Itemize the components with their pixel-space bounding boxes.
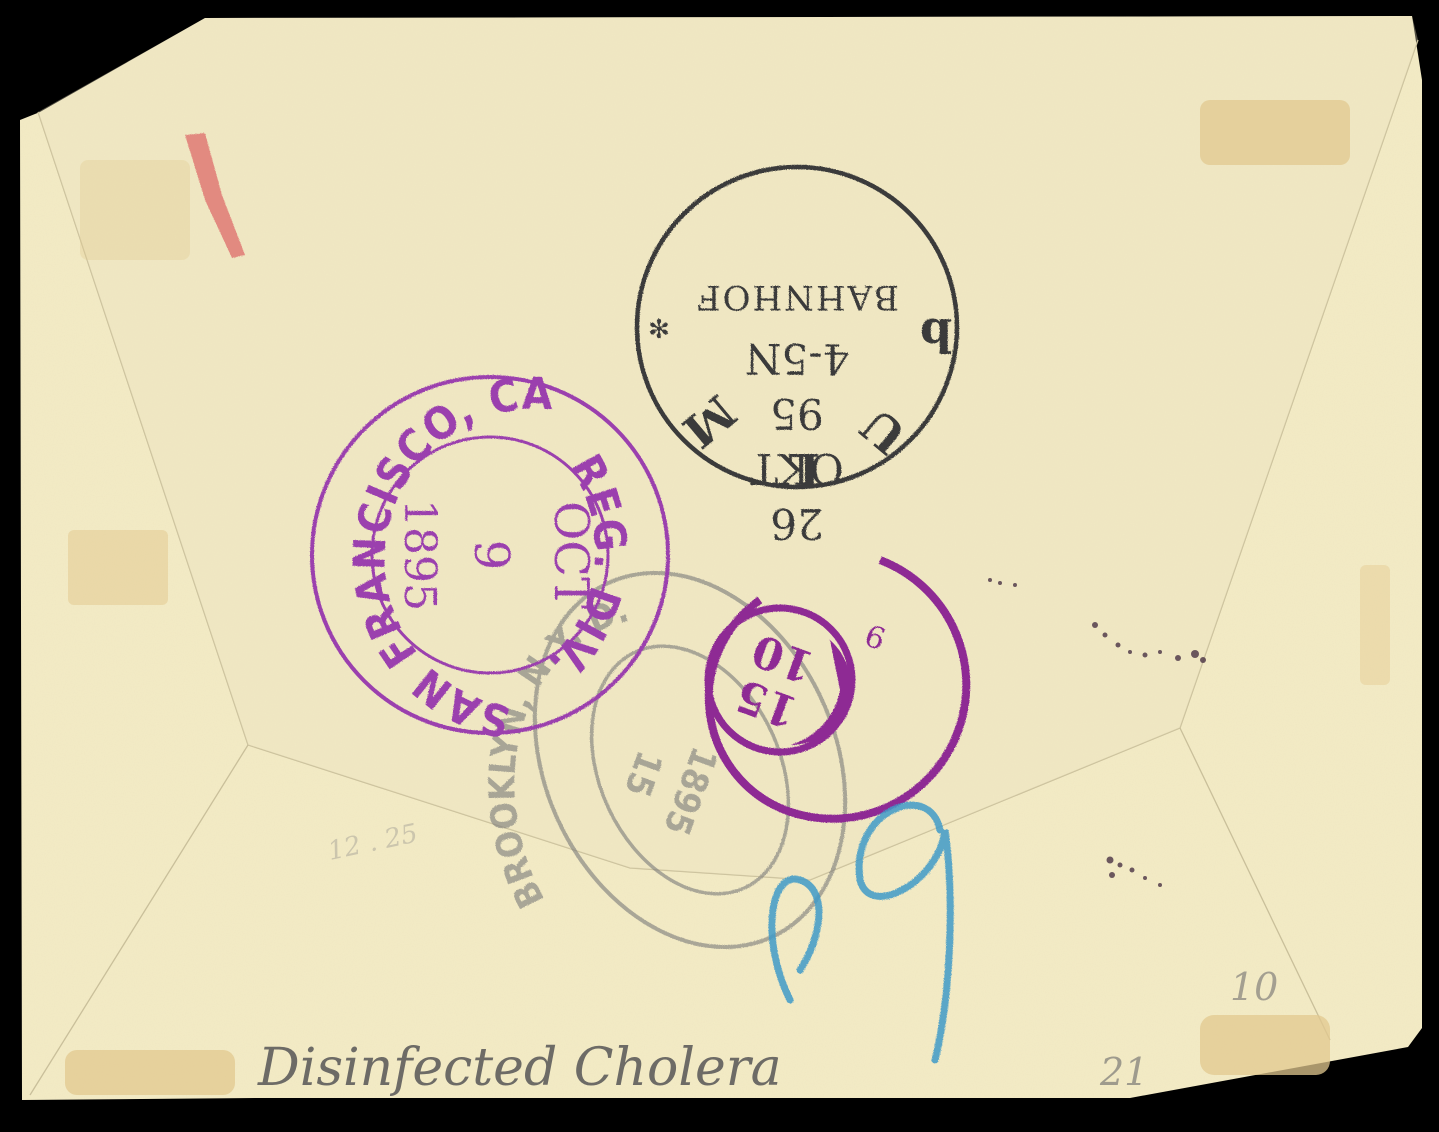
envelope-cover: 26 OKT 95 4-5N BAHNHOF U L M b ✻ BROOKLY… [0, 0, 1439, 1132]
envelope-photo: 26 OKT 95 4-5N BAHNHOF U L M b ✻ BROOKLY… [0, 0, 1439, 1132]
ulm-letter-l: L [788, 443, 820, 497]
ulm-year: 95 [770, 389, 823, 438]
ulm-station: BAHNHOF [695, 277, 899, 317]
ulm-time: 4-5N [745, 334, 849, 383]
pencil-note: Disinfected Cholera [257, 1038, 782, 1098]
ulm-side-letter: b [920, 308, 952, 362]
sf-month: OCT [543, 501, 599, 609]
ornament-icon: ✻ [648, 312, 670, 342]
sf-year: 1895 [394, 499, 445, 611]
ulm-day: 26 [770, 499, 823, 548]
sf-day: 9 [463, 540, 519, 571]
pencil-number-10: 10 [1230, 965, 1278, 1009]
pencil-number-21: 21 [1099, 1050, 1148, 1094]
